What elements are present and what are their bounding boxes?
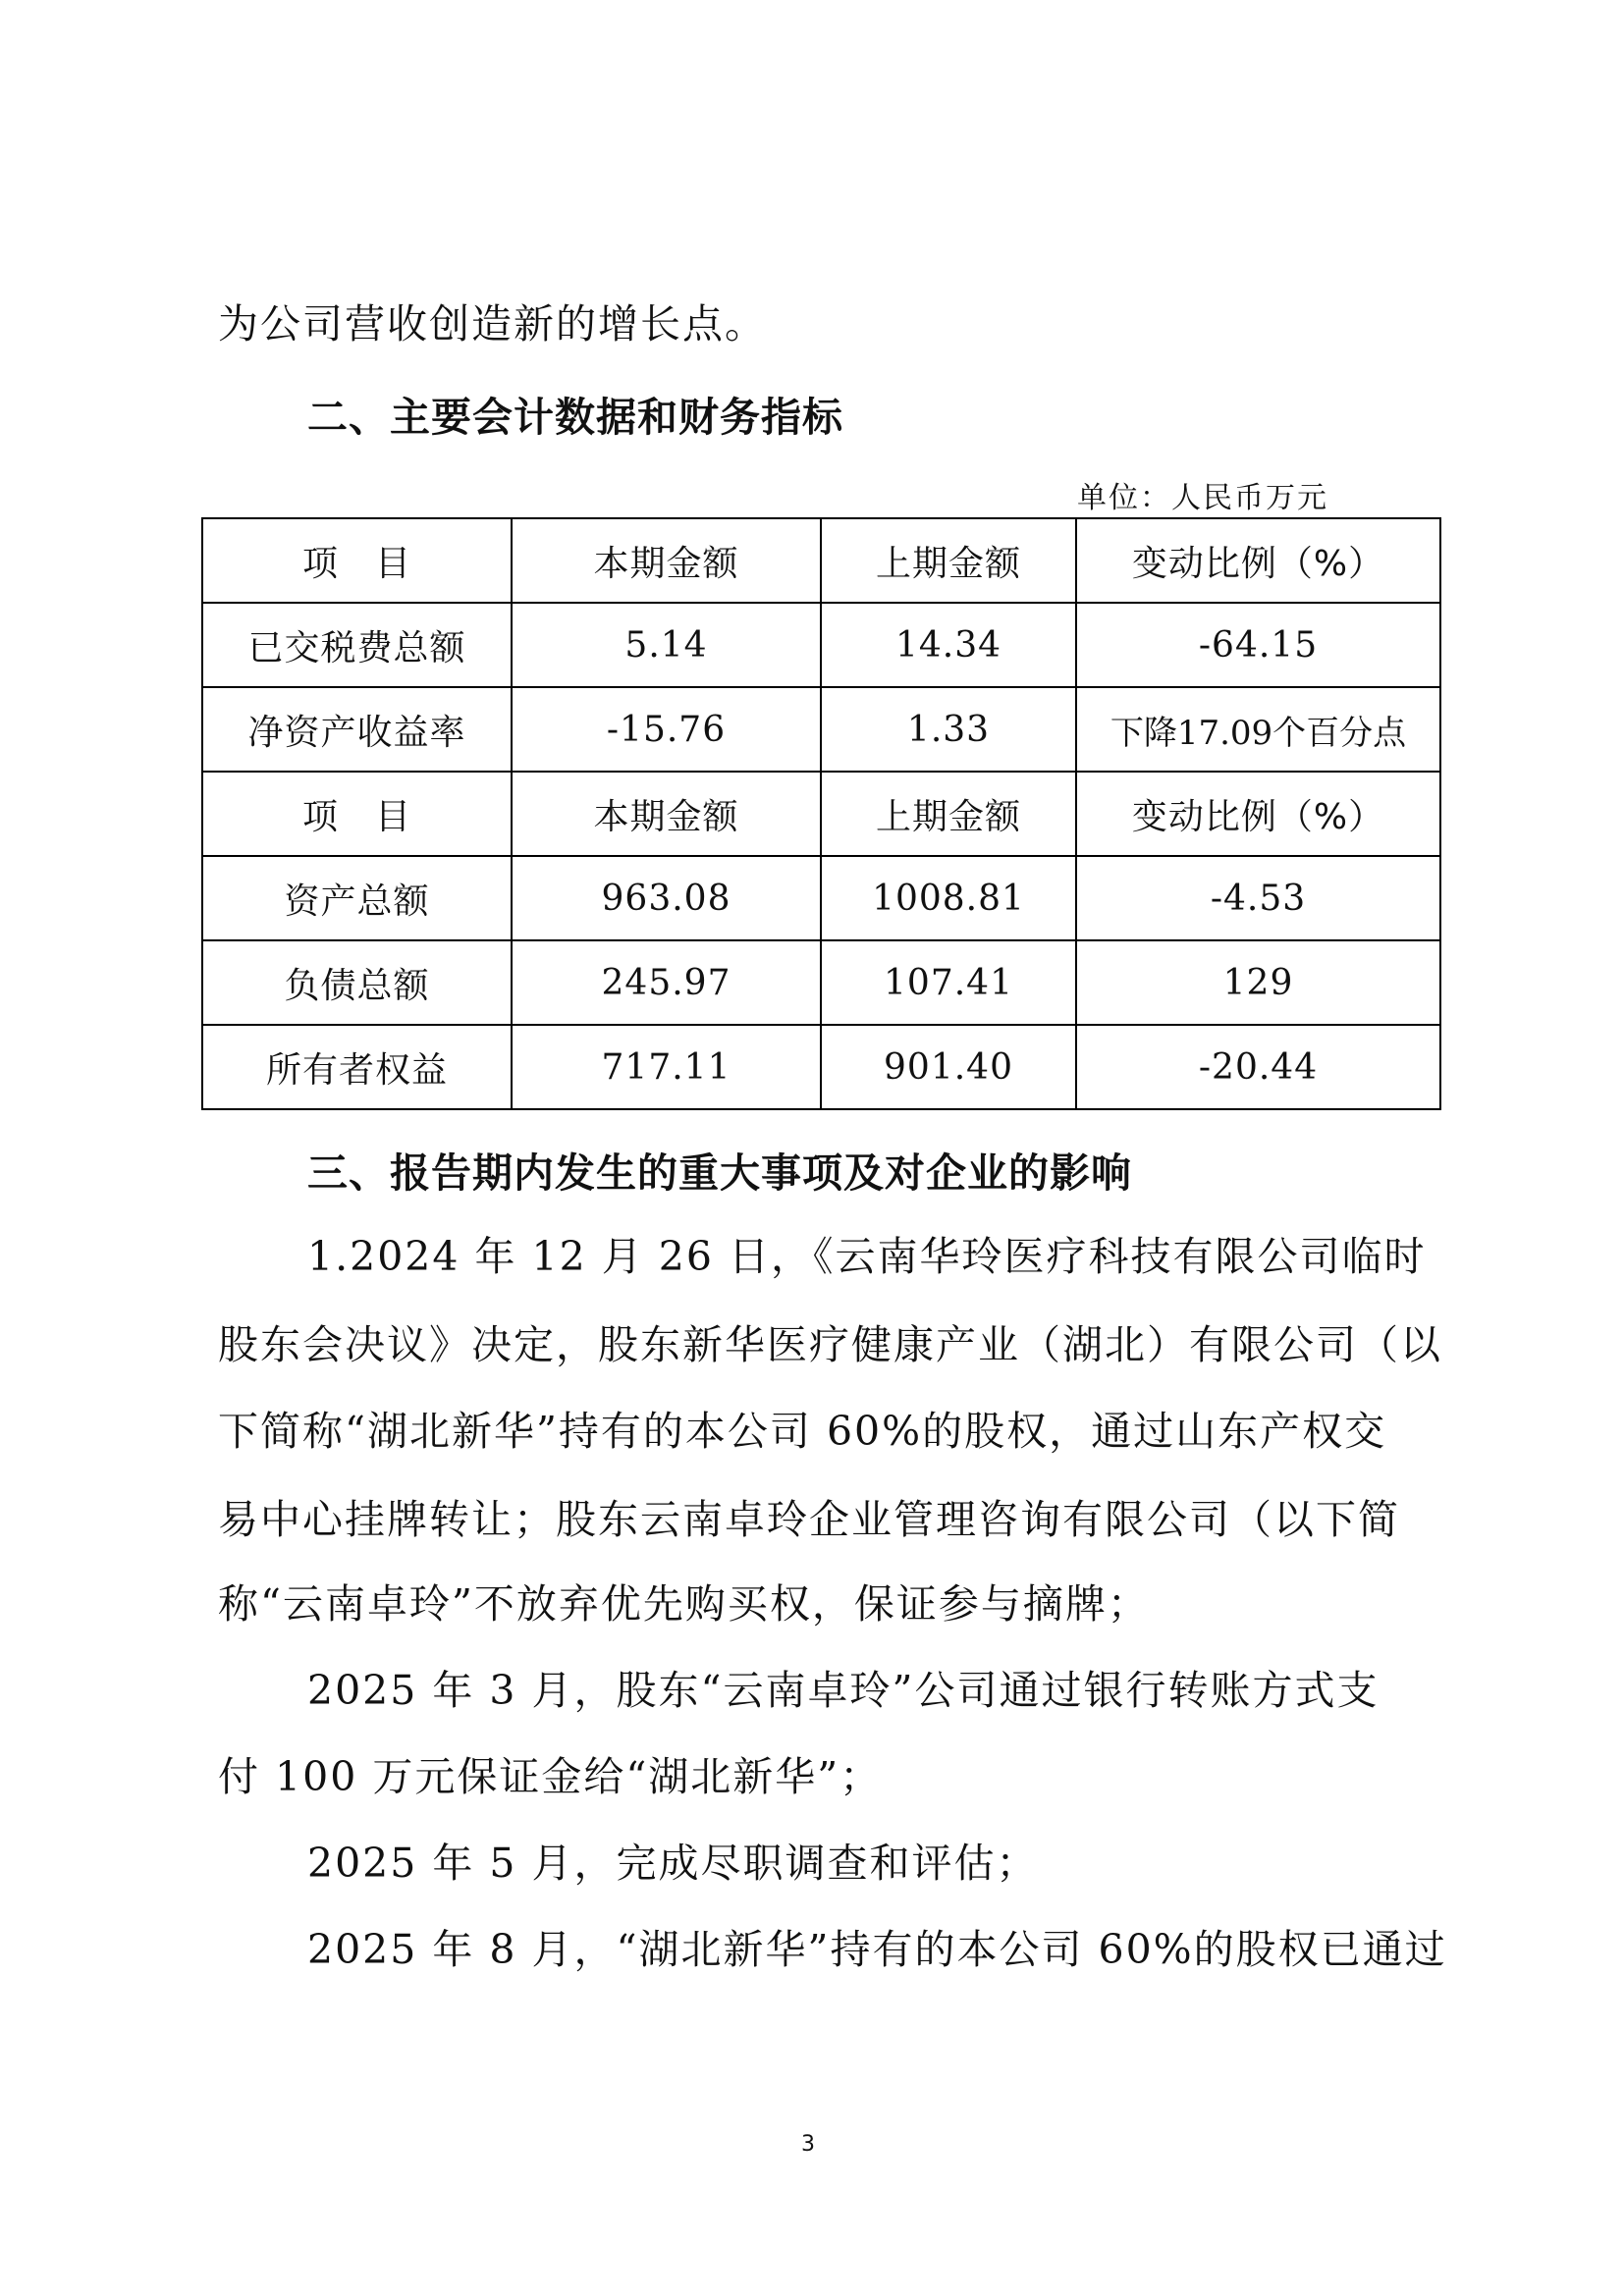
table-header-row: 项 目 本期金额 上期金额 变动比例（%） bbox=[202, 518, 1440, 603]
section3-heading: 三、报告期内发生的重大事项及对企业的影响 bbox=[307, 1144, 1132, 1202]
header-change: 变动比例（%） bbox=[1076, 772, 1440, 856]
paragraph-line: 2025 年 8 月，“湖北新华”持有的本公司 60%的股权已通过 bbox=[307, 1920, 1447, 1979]
paragraph-line: 易中心挂牌转让；股东云南卓玲企业管理咨询有限公司（以下简 bbox=[218, 1490, 1400, 1549]
page-number: 3 bbox=[801, 2132, 815, 2157]
paragraph-line: 付 100 万元保证金给“湖北新华”； bbox=[218, 1747, 882, 1806]
header-item: 项 目 bbox=[202, 772, 512, 856]
table-row: 所有者权益 717.11 901.40 -20.44 bbox=[202, 1025, 1440, 1109]
cell-previous: 901.40 bbox=[821, 1025, 1076, 1109]
paragraph-line: 2025 年 3 月，股东“云南卓玲”公司通过银行转账方式支 bbox=[307, 1661, 1379, 1720]
cell-current: 717.11 bbox=[512, 1025, 821, 1109]
cell-item: 所有者权益 bbox=[202, 1025, 512, 1109]
cell-change: -20.44 bbox=[1076, 1025, 1440, 1109]
table-header-row: 项 目 本期金额 上期金额 变动比例（%） bbox=[202, 772, 1440, 856]
cell-change: 下降17.09个百分点 bbox=[1076, 687, 1440, 772]
header-item: 项 目 bbox=[202, 518, 512, 603]
paragraph-line: 下简称“湖北新华”持有的本公司 60%的股权，通过山东产权交 bbox=[218, 1402, 1386, 1461]
header-current: 本期金额 bbox=[512, 518, 821, 603]
unit-label: 单位：人民币万元 bbox=[1077, 479, 1328, 518]
table-row: 资产总额 963.08 1008.81 -4.53 bbox=[202, 856, 1440, 940]
cell-previous: 107.41 bbox=[821, 940, 1076, 1025]
cell-item: 负债总额 bbox=[202, 940, 512, 1025]
cell-previous: 14.34 bbox=[821, 603, 1076, 687]
section2-heading: 二、主要会计数据和财务指标 bbox=[307, 388, 843, 447]
cell-current: 5.14 bbox=[512, 603, 821, 687]
table-row: 已交税费总额 5.14 14.34 -64.15 bbox=[202, 603, 1440, 687]
cell-previous: 1.33 bbox=[821, 687, 1076, 772]
header-current: 本期金额 bbox=[512, 772, 821, 856]
cell-change: -4.53 bbox=[1076, 856, 1440, 940]
header-change: 变动比例（%） bbox=[1076, 518, 1440, 603]
table-row: 净资产收益率 -15.76 1.33 下降17.09个百分点 bbox=[202, 687, 1440, 772]
cell-current: -15.76 bbox=[512, 687, 821, 772]
cell-item: 资产总额 bbox=[202, 856, 512, 940]
cell-item: 已交税费总额 bbox=[202, 603, 512, 687]
cell-change: -64.15 bbox=[1076, 603, 1440, 687]
cell-previous: 1008.81 bbox=[821, 856, 1076, 940]
cell-item: 净资产收益率 bbox=[202, 687, 512, 772]
cell-current: 963.08 bbox=[512, 856, 821, 940]
paragraph-line: 1.2024 年 12 月 26 日，《云南华玲医疗科技有限公司临时 bbox=[307, 1227, 1426, 1286]
cell-change: 129 bbox=[1076, 940, 1440, 1025]
cell-current: 245.97 bbox=[512, 940, 821, 1025]
header-previous: 上期金额 bbox=[821, 772, 1076, 856]
paragraph-line: 称“云南卓玲”不放弃优先购买权，保证参与摘牌； bbox=[218, 1575, 1150, 1633]
document-page: 为公司营收创造新的增长点。 二、主要会计数据和财务指标 单位：人民币万元 项 目… bbox=[0, 0, 1624, 2296]
header-previous: 上期金额 bbox=[821, 518, 1076, 603]
paragraph-line: 2025 年 5 月，完成尽职调查和评估； bbox=[307, 1834, 1039, 1893]
intro-tail-text: 为公司营收创造新的增长点。 bbox=[218, 294, 767, 353]
financial-indicators-table: 项 目 本期金额 上期金额 变动比例（%） 已交税费总额 5.14 14.34 … bbox=[201, 517, 1441, 1110]
table-row: 负债总额 245.97 107.41 129 bbox=[202, 940, 1440, 1025]
paragraph-line: 股东会决议》决定，股东新华医疗健康产业（湖北）有限公司（以 bbox=[218, 1315, 1442, 1374]
